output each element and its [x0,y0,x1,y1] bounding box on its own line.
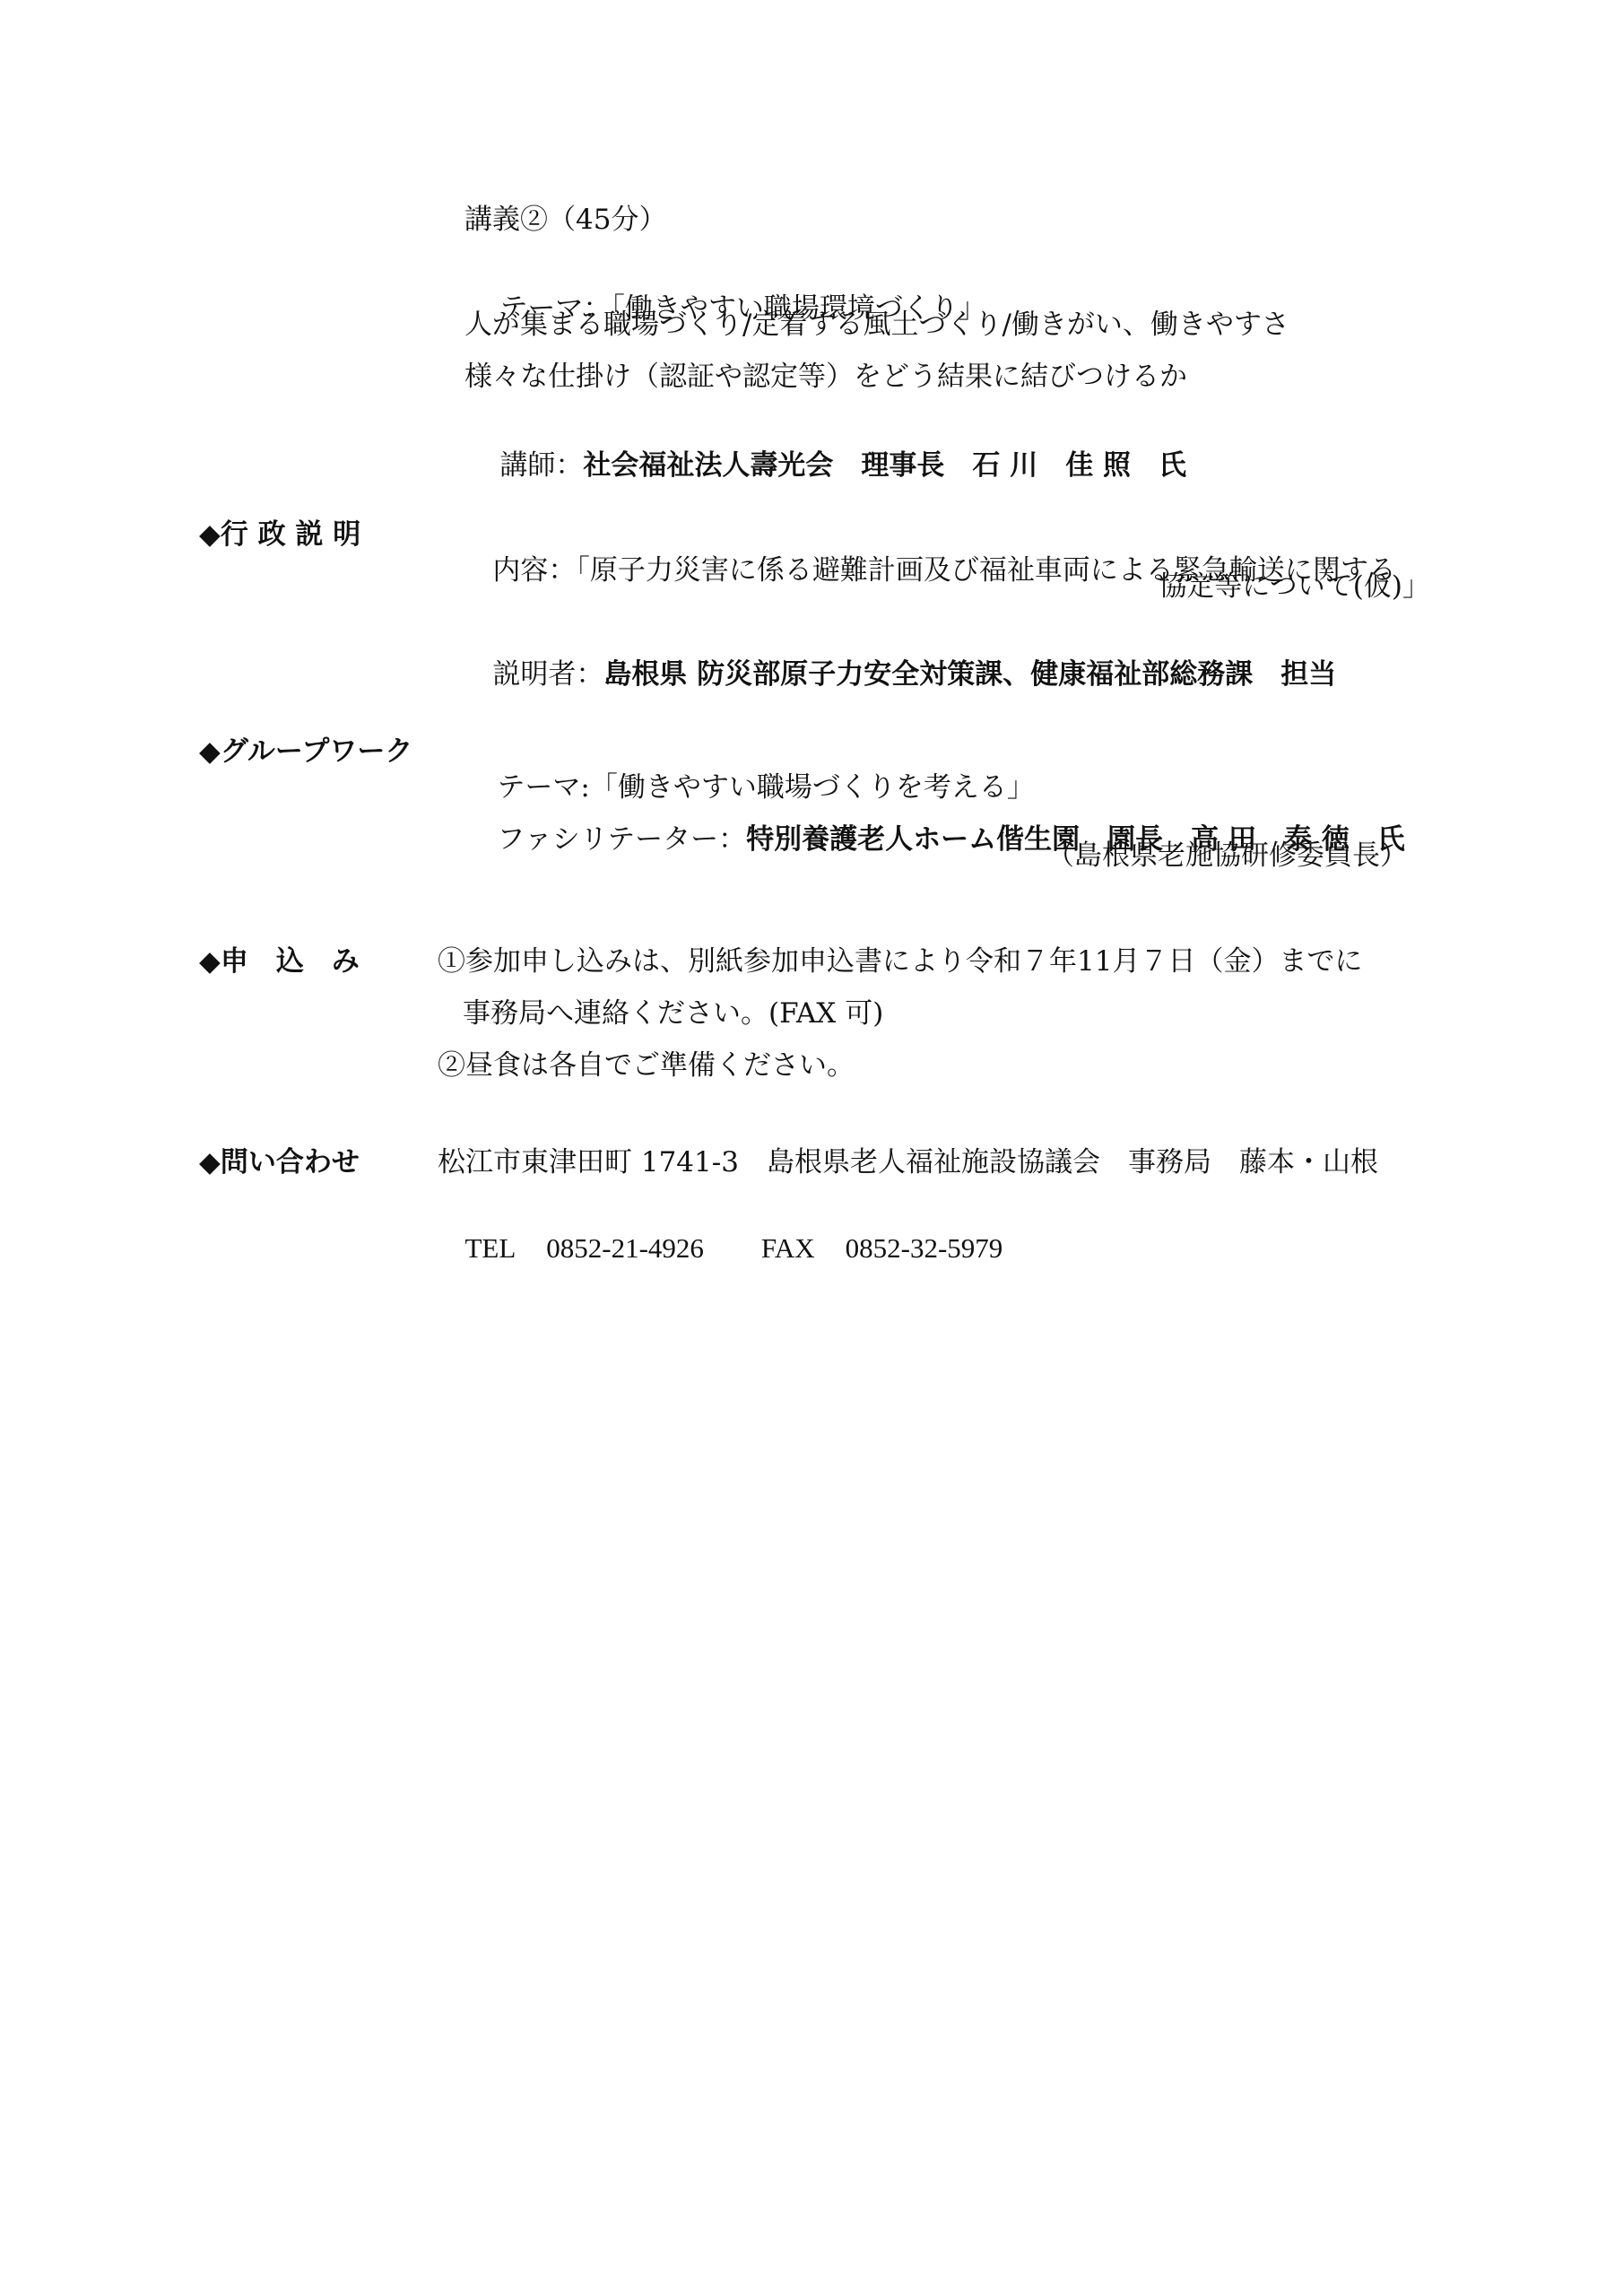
admin-content-label: 内容： [492,554,576,587]
admin-explanation-heading: ◆行 政 説 明 [199,517,360,552]
facilitator-label: ファシリテーター： [497,823,746,856]
tel-label: TEL [464,1232,516,1264]
lecture2-lecturer-row: 講師：社会福祉法人壽光会 理事長 石 川 佳 照 氏 [464,412,1186,448]
application-item2: ②昼食は各自でご準備ください。 [438,1048,855,1083]
group-work-theme-row: テーマ:「働きやすい職場づくりを考える」 [462,734,1035,770]
tel-number: 0852-21-4926 [546,1232,704,1264]
lecture2-theme-row: テーマ：「働きやすい職場環境づくり」 [464,255,986,291]
facilitator-note: （島根県老施協研修委員長） [807,838,1408,874]
facilitator-row: ファシリテーター：特別養護老人ホーム偕生園 園長 高 田 泰 徳 氏 [462,786,1405,822]
application-item1-line1: ①参加申し込みは、別紙参加申込書により令和７年11月７日（金）までに [438,944,1362,979]
lecturer-label: 講師： [499,449,583,482]
admin-presenter-row: 説明者：島根県 防災部原子力安全対策課、健康福祉部総務課 担当 [457,621,1336,657]
fax-number: 0852-32-5979 [846,1232,1003,1264]
lecture2-title: 講義②（45分） [464,202,666,238]
application-heading: ◆申 込 み [199,944,360,979]
inquiry-address: 松江市東津田町 1741-3 島根県老人福祉施設協議会 事務局 藤本・山根 [438,1144,1378,1180]
admin-content-line2: 協定等について(仮)」 [807,569,1430,604]
inquiry-heading: ◆問い合わせ [199,1144,360,1180]
presenter-label: 説明者： [492,658,603,691]
lecture2-description-line1: 人が集まる職場づくり/定着する風土づくり/働きがい、働きやすさ [464,307,1289,343]
lecturer-name: 社会福祉法人壽光会 理事長 石 川 佳 照 氏 [583,449,1186,482]
admin-content-row: 内容：「原子力災害に係る避難計画及び福祉車両による緊急輸送に関する [457,517,1396,552]
inquiry-contact-row: TEL0852-21-4926FAX0852-32-5979 [438,1195,1002,1231]
presenter-name: 島根県 防災部原子力安全対策課、健康福祉部総務課 担当 [603,658,1336,691]
fax-label: FAX [761,1232,815,1264]
group-work-heading: ◆グループワーク [199,734,412,770]
application-item1-line2: 事務局へ連絡ください。(FAX 可) [463,996,883,1031]
lecture2-description-line2: 様々な仕掛け（認証や認定等）をどう結果に結びつけるか [464,359,1187,395]
